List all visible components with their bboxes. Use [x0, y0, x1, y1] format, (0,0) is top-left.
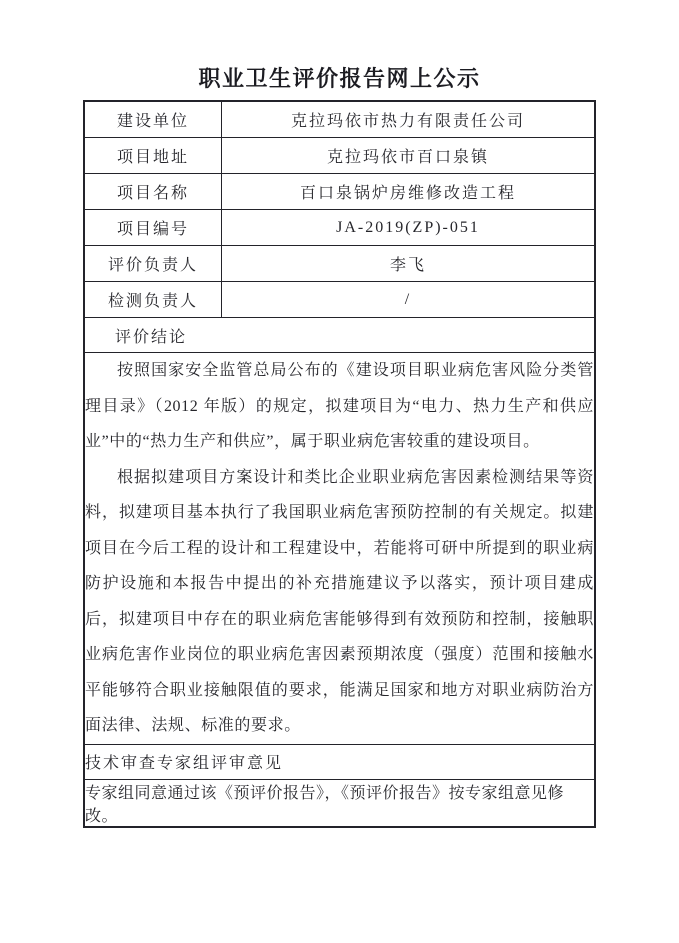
table-row-conclusion-header: 评价结论	[84, 318, 595, 353]
row-value-testing-leader: /	[222, 282, 596, 318]
row-label-testing-leader: 检测负责人	[84, 282, 222, 318]
table-row: 项目名称 百口泉锅炉房维修改造工程	[84, 174, 595, 210]
row-label-project-number: 项目编号	[84, 210, 222, 246]
page-title: 职业卫生评价报告网上公示	[0, 0, 679, 92]
row-value-construction-unit: 克拉玛依市热力有限责任公司	[222, 101, 596, 138]
table-row: 项目编号 JA-2019(ZP)-051	[84, 210, 595, 246]
row-value-project-number: JA-2019(ZP)-051	[222, 210, 596, 246]
conclusion-header: 评价结论	[84, 318, 595, 353]
table-row: 项目地址 克拉玛依市百口泉镇	[84, 138, 595, 174]
row-label-project-name: 项目名称	[84, 174, 222, 210]
table-row-conclusion-body: 按照国家安全监管总局公布的《建设项目职业病危害风险分类管理目录》（2012 年版…	[84, 353, 595, 745]
table-row: 评价负责人 李飞	[84, 246, 595, 282]
row-label-construction-unit: 建设单位	[84, 101, 222, 138]
conclusion-paragraph-2: 根据拟建项目方案设计和类比企业职业病危害因素检测结果等资料，拟建项目基本执行了我…	[85, 460, 594, 744]
conclusion-body: 按照国家安全监管总局公布的《建设项目职业病危害风险分类管理目录》（2012 年版…	[84, 353, 595, 745]
publicity-table: 建设单位 克拉玛依市热力有限责任公司 项目地址 克拉玛依市百口泉镇 项目名称 百…	[83, 100, 596, 828]
row-label-evaluation-leader: 评价负责人	[84, 246, 222, 282]
table-row-expert-content: 专家组同意通过该《预评价报告》，《预评价报告》按专家组意见修改。	[84, 779, 595, 827]
expert-review-content: 专家组同意通过该《预评价报告》，《预评价报告》按专家组意见修改。	[84, 779, 595, 827]
table-row: 建设单位 克拉玛依市热力有限责任公司	[84, 101, 595, 138]
row-value-evaluation-leader: 李飞	[222, 246, 596, 282]
row-value-project-address: 克拉玛依市百口泉镇	[222, 138, 596, 174]
row-value-project-name: 百口泉锅炉房维修改造工程	[222, 174, 596, 210]
table-row: 检测负责人 /	[84, 282, 595, 318]
document-page: 职业卫生评价报告网上公示 建设单位 克拉玛依市热力有限责任公司 项目地址 克拉玛…	[0, 0, 679, 943]
row-label-project-address: 项目地址	[84, 138, 222, 174]
conclusion-paragraph-1: 按照国家安全监管总局公布的《建设项目职业病危害风险分类管理目录》（2012 年版…	[85, 353, 594, 460]
expert-review-header: 技术审查专家组评审意见	[84, 744, 595, 779]
table-row-expert-header: 技术审查专家组评审意见	[84, 744, 595, 779]
